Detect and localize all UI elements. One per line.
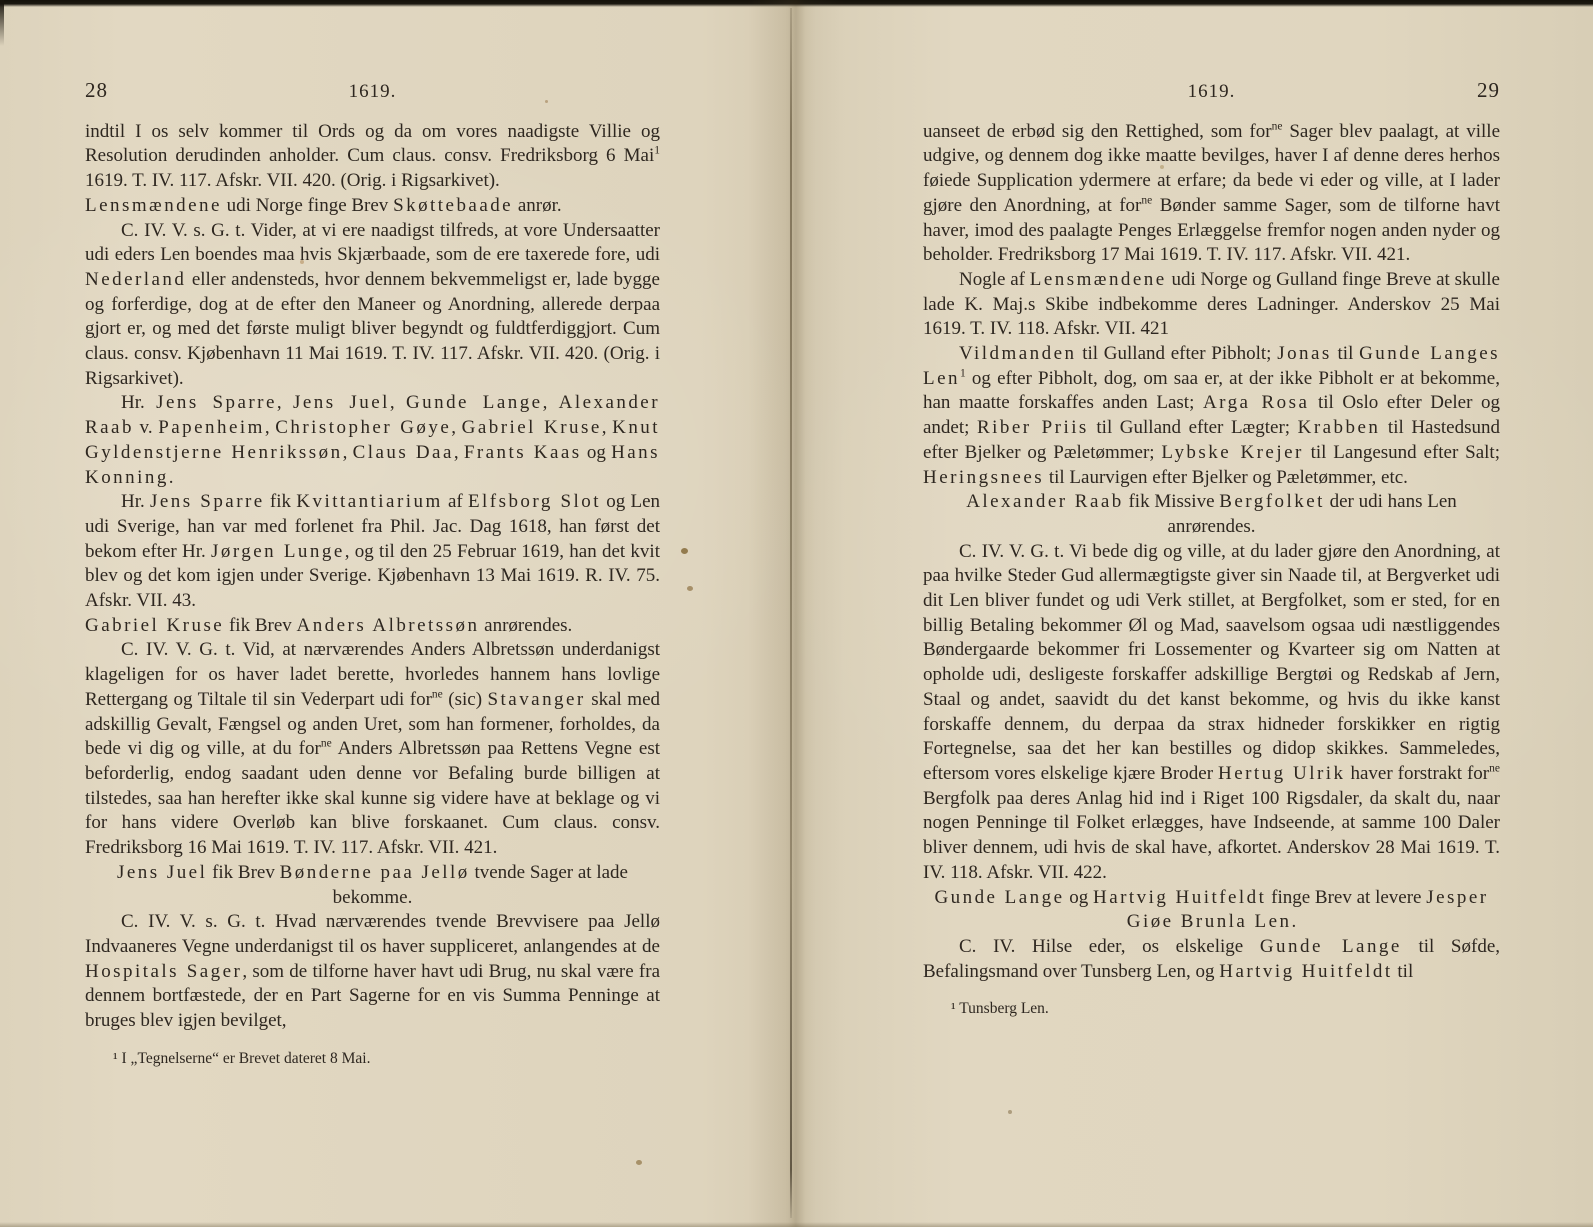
text-run: anrørendes. [479,615,572,636]
page-number-left: 28 [85,78,155,103]
letterspaced-name: Alexander Raab [966,491,1124,512]
text-run: C. IV. V. G. t. Vi bede dig og ville, at… [923,541,1500,784]
gutter-fold-line [790,8,792,1218]
running-head-left: 1619. [155,80,590,105]
page-body-left: indtil I os selv kommer til Ords og da o… [85,120,660,1034]
page-number-right: 29 [1430,78,1500,103]
text-run: (sic) [443,689,488,710]
text-run: uanseet de erbød sig den Rettighed, som … [923,121,1272,142]
paragraph: C. IV. V. s. G. t. Vider, at vi ere naad… [85,219,660,392]
letterspaced-name: Vildmanden [959,343,1076,364]
superscript-mark: ne [432,689,443,701]
letterspaced-name: Jens Sparre [156,392,277,413]
paragraph: Gunde Lange og Hartvig Huitfeldt finge B… [923,886,1500,935]
letterspaced-name: Nederland [85,269,186,290]
text-run: og [1065,887,1094,908]
letterspaced-name: Hartvig Huitfeldt [1219,961,1392,982]
letterspaced-name: Jens Juel [117,862,207,883]
letterspaced-name: Heringsnees [923,467,1044,488]
paragraph: Nogle af Lensmændene udi Norge og Gullan… [923,268,1500,342]
letterspaced-name: Elfsborg Slot [468,491,601,512]
text-run: , [343,442,353,463]
text-run: Hr. [121,491,150,512]
letterspaced-name: Papenheim [158,417,265,438]
paragraph: Gabriel Kruse fik Brev Anders Albretssøn… [85,614,660,639]
paragraph: Hr. Jens Sparre fik Kvittantiarium af El… [85,490,660,614]
book-scan: 28 1619. indtil I os selv kommer til Ord… [0,0,1593,1227]
superscript-mark: ne [1272,120,1283,132]
letterspaced-name: Skøttebaade [393,195,513,216]
gutter-shadow [748,0,844,1227]
letterspaced-name: Claus Daa [353,442,454,463]
letterspaced-name: Christopher Gøye [275,417,451,438]
letterspaced-name: Jørgen Lunge [211,541,345,562]
paragraph: C. IV. V. G. t. Vi bede dig og ville, at… [923,540,1500,886]
text-run: haver forstrakt for [1345,763,1489,784]
paragraph: C. IV. Hilse eder, os elskelige Gunde La… [923,935,1500,984]
scan-left-edge [0,0,4,46]
paragraph: Hr. Jens Sparre, Jens Juel, Gunde Lange,… [85,391,660,490]
letterspaced-name: Kvittantiarium [296,491,442,512]
letterspaced-name: Gabriel Kruse [85,615,224,636]
text-run: Nogle af [959,269,1030,290]
letterspaced-name: Lybske Krejer [1161,442,1303,463]
paragraph: indtil I os selv kommer til Ords og da o… [85,120,660,194]
text-run: af [443,491,468,512]
paragraph: C. IV. V. G. t. Vid, at nærværendes Ande… [85,638,660,860]
letterspaced-name: Gunde Lange [406,392,543,413]
footnote-right: ¹ Tunsberg Len. [923,997,1500,1022]
letterspaced-name: Hertug Ulrik [1218,763,1345,784]
footnote-left: ¹ I „Tegnelserne“ er Brevet dateret 8 Ma… [85,1047,660,1072]
text-run: C. IV. V. s. G. t. Vider, at vi ere naad… [85,220,660,266]
letterspaced-name: Krabben [1298,417,1381,438]
letterspaced-name: Hospitals Sager [85,961,242,982]
superscript-mark: ne [1141,194,1152,206]
text-run: og [582,442,611,463]
letterspaced-name: Frants Kaas [464,442,582,463]
paragraph: C. IV. V. s. G. t. Hvad nærværendes tven… [85,910,660,1034]
page-header-left: 28 1619. [85,78,660,105]
text-run: fik Missive [1124,491,1220,512]
letterspaced-name: Gunde Lange [1260,936,1402,957]
letterspaced-name: Riber Priis [977,417,1089,438]
text-run: , [543,392,559,413]
page-left: 28 1619. indtil I os selv kommer til Ord… [85,78,660,1071]
letterspaced-name: Arga Rosa [1203,392,1309,413]
text-run: , [451,417,461,438]
paragraph: Vildmanden til Gulland efter Pibholt; Jo… [923,342,1500,490]
running-head-right: 1619. [993,80,1430,105]
text-run: finge Brev at levere [1266,887,1426,908]
paragraph: Jens Juel fik Brev Bønderne paa Jellø tv… [85,861,660,910]
letterspaced-name: Hartvig Huitfeldt [1093,887,1266,908]
paragraph: Alexander Raab fik Missive Bergfolket de… [923,490,1500,539]
paper-speck [1008,1110,1012,1114]
text-run: Bergfolk paa deres Anlag hid ind i Riget… [923,788,1500,883]
text-run: til Gulland efter Pibholt; [1076,343,1277,364]
text-run: fik [265,491,297,512]
letterspaced-name: Bønderne paa Jellø [280,862,470,883]
paper-speck [636,1160,642,1165]
letterspaced-name: Jens Juel [293,392,390,413]
text-run: til [1332,343,1359,364]
superscript-mark: 1 [654,145,660,157]
text-run: til [1393,961,1414,982]
text-run: Hr. [121,392,156,413]
text-run: indtil I os selv kommer til Ords og da o… [85,121,660,167]
letterspaced-name: Lensmændene [1030,269,1167,290]
letterspaced-name: Lensmændene [85,195,222,216]
superscript-mark: ne [321,738,332,750]
letterspaced-name: Gabriel Kruse [462,417,602,438]
letterspaced-name: Jens Sparre [150,491,265,512]
text-run: C. IV. Hilse eder, os elskelige [959,936,1260,957]
text-run: C. IV. V. s. G. t. Hvad nærværendes tven… [85,911,660,957]
letterspaced-name: Jonas [1277,343,1332,364]
text-run: . [1291,911,1296,932]
paper-speck [681,548,688,554]
text-run: udi Norge finge Brev [222,195,393,216]
text-run: v. [134,417,158,438]
paragraph: Lensmændene udi Norge finge Brev Skøtteb… [85,194,660,219]
letterspaced-name: Anders Albretssøn [297,615,480,636]
text-run: fik Brev [207,862,279,883]
text-run: , [602,417,612,438]
letterspaced-name: Stavanger [488,689,586,710]
text-run: , [454,442,464,463]
letterspaced-name: Gunde Lange [934,887,1064,908]
text-run: 1619. T. IV. 117. Afskr. VII. 420. (Orig… [85,170,500,191]
text-run: , [277,392,293,413]
text-run: til Gulland efter Lægter; [1089,417,1298,438]
page-header-right: 1619. 29 [923,78,1500,105]
letterspaced-name: Bergfolket [1219,491,1325,512]
page-right: 1619. 29 uanseet de erbød sig den Rettig… [923,78,1500,1022]
paper-speck [687,586,693,591]
text-run: , [265,417,275,438]
text-run: , [390,392,406,413]
text-run: anrør. [513,195,562,216]
text-run: fik Brev [224,615,296,636]
text-run: til Langesund efter Salt; [1304,442,1500,463]
page-body-right: uanseet de erbød sig den Rettighed, som … [923,120,1500,985]
paragraph: uanseet de erbød sig den Rettighed, som … [923,120,1500,268]
text-run: til Laurvigen efter Bjelker og Pæletømme… [1044,467,1408,488]
superscript-mark: ne [1489,763,1500,775]
text-run: . [169,467,174,488]
